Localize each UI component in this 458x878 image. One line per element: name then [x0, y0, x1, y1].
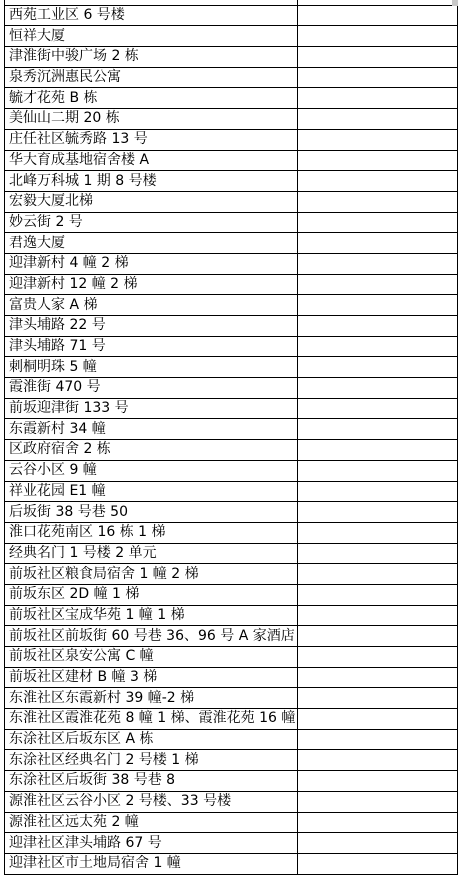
building-name-text: 后坂街 38 号巷 50 — [9, 504, 128, 520]
empty-cell[interactable] — [298, 253, 458, 274]
table-row: 前坂社区泉安公寓 C 幢 — [5, 647, 458, 668]
empty-cell[interactable] — [298, 460, 458, 481]
empty-cell[interactable] — [298, 357, 458, 378]
building-name-text: 淮口花苑南区 16 栋 1 梯 — [9, 524, 166, 540]
building-name-text: 津头埔路 22 号 — [9, 317, 106, 333]
building-name-cell[interactable]: 区政府宿舍 2 栋 — [5, 440, 298, 461]
building-name-text: 东涂社区经典名门 2 号楼 1 梯 — [9, 752, 199, 768]
table-row: 迎津社区津头埔路 67 号 — [5, 833, 458, 854]
empty-cell[interactable] — [298, 688, 458, 709]
empty-cell[interactable] — [298, 67, 458, 88]
building-name-text: 君逸大厦 — [9, 235, 65, 251]
table-row: 前坂社区粮食局宿舍 1 幢 2 梯 — [5, 564, 458, 585]
table-row: 津淮街中骏广场 2 栋 — [5, 47, 458, 68]
building-name-text: 东淮社区霞淮花苑 8 幢 1 梯、霞淮花苑 16 幢 — [9, 710, 295, 726]
building-name-cell[interactable]: 富贵人家 A 梯 — [5, 295, 298, 316]
building-name-cell[interactable]: 华大育成基地宿舍楼 A — [5, 150, 298, 171]
building-name-cell[interactable]: 恒祥大厦 — [5, 26, 298, 47]
building-name-cell[interactable]: 前坂东区 2D 幢 1 梯 — [5, 584, 298, 605]
empty-cell[interactable] — [298, 564, 458, 585]
table-row: 东涂社区经典名门 2 号楼 1 梯 — [5, 750, 458, 771]
building-name-text: 宏毅大厦北梯 — [9, 193, 93, 209]
table-row: 迎津新村 12 幢 2 梯 — [5, 274, 458, 295]
table-row: 恒祥大厦 — [5, 26, 458, 47]
building-name-cell[interactable]: 津淮街中骏广场 2 栋 — [5, 47, 298, 68]
table-container: 西苑工业区 6 号楼恒祥大厦津淮街中骏广场 2 栋泉秀沉洲惠民公寓毓才花苑 B … — [4, 0, 458, 875]
building-name-cell[interactable]: 东霞新村 34 幢 — [5, 419, 298, 440]
building-name-cell[interactable]: 东涂社区后坂街 38 号巷 8 — [5, 771, 298, 792]
building-name-cell[interactable]: 东涂社区经典名门 2 号楼 1 梯 — [5, 750, 298, 771]
table-corner-handle — [452, 0, 458, 6]
building-table: 西苑工业区 6 号楼恒祥大厦津淮街中骏广场 2 栋泉秀沉洲惠民公寓毓才花苑 B … — [4, 0, 458, 875]
building-name-text: 东淮社区东霞新村 39 幢-2 梯 — [9, 690, 194, 706]
table-row: 泉秀沉洲惠民公寓 — [5, 67, 458, 88]
building-name-text: 北峰万科城 1 期 8 号楼 — [9, 173, 157, 189]
table-row: 津头埔路 71 号 — [5, 336, 458, 357]
building-name-cell[interactable]: 祥业花园 E1 幢 — [5, 481, 298, 502]
building-name-text: 前坂社区粮食局宿舍 1 幢 2 梯 — [9, 566, 199, 582]
building-name-cell[interactable]: 迎津新村 4 幢 2 梯 — [5, 253, 298, 274]
table-row: 经典名门 1 号楼 2 单元 — [5, 543, 458, 564]
building-name-text: 毓才花苑 B 栋 — [9, 90, 98, 106]
empty-cell[interactable] — [298, 440, 458, 461]
empty-cell[interactable] — [298, 129, 458, 150]
table-row: 云谷小区 9 幢 — [5, 460, 458, 481]
building-name-cell[interactable]: 云谷小区 9 幢 — [5, 460, 298, 481]
table-row: 祥业花园 E1 幢 — [5, 481, 458, 502]
table-row: 西苑工业区 6 号楼 — [5, 5, 458, 26]
building-name-text: 恒祥大厦 — [9, 28, 65, 44]
table-row: 东涂社区后坂街 38 号巷 8 — [5, 771, 458, 792]
empty-cell[interactable] — [298, 812, 458, 833]
building-name-text: 前坂社区泉安公寓 C 幢 — [9, 648, 154, 664]
empty-cell[interactable] — [298, 150, 458, 171]
document-page: 西苑工业区 6 号楼恒祥大厦津淮街中骏广场 2 栋泉秀沉洲惠民公寓毓才花苑 B … — [0, 0, 458, 878]
building-name-cell[interactable]: 津头埔路 71 号 — [5, 336, 298, 357]
table-row: 前坂东区 2D 幢 1 梯 — [5, 584, 458, 605]
table-row: 前坂迎津街 133 号 — [5, 398, 458, 419]
empty-cell[interactable] — [298, 88, 458, 109]
building-name-cell[interactable]: 前坂社区粮食局宿舍 1 幢 2 梯 — [5, 564, 298, 585]
empty-cell[interactable] — [298, 522, 458, 543]
table-row: 东涂社区后坂东区 A 栋 — [5, 729, 458, 750]
building-name-cell[interactable]: 毓才花苑 B 栋 — [5, 88, 298, 109]
empty-cell[interactable] — [298, 833, 458, 854]
building-name-cell[interactable]: 源淮社区远太苑 2 幢 — [5, 812, 298, 833]
building-name-text: 经典名门 1 号楼 2 单元 — [9, 545, 157, 561]
empty-cell[interactable] — [298, 5, 458, 26]
table-row: 妙云街 2 号 — [5, 212, 458, 233]
building-name-text: 庄任社区毓秀路 13 号 — [9, 131, 148, 147]
building-name-text: 源淮社区云谷小区 2 号楼、33 号楼 — [9, 793, 231, 809]
building-name-cell[interactable]: 宏毅大厦北梯 — [5, 191, 298, 212]
table-row: 津头埔路 22 号 — [5, 316, 458, 337]
building-name-cell[interactable]: 迎津新村 12 幢 2 梯 — [5, 274, 298, 295]
building-name-text: 东涂社区后坂街 38 号巷 8 — [9, 772, 175, 788]
empty-cell[interactable] — [298, 336, 458, 357]
building-name-cell[interactable]: 迎津社区津头埔路 67 号 — [5, 833, 298, 854]
building-name-cell[interactable]: 淮口花苑南区 16 栋 1 梯 — [5, 522, 298, 543]
building-name-cell[interactable]: 东淮社区东霞新村 39 幢-2 梯 — [5, 688, 298, 709]
building-name-text: 津头埔路 71 号 — [9, 338, 106, 354]
building-name-cell[interactable]: 妙云街 2 号 — [5, 212, 298, 233]
empty-cell[interactable] — [298, 47, 458, 68]
table-row: 迎津社区市土地局宿舍 1 幢 — [5, 853, 458, 874]
table-row: 源淮社区云谷小区 2 号楼、33 号楼 — [5, 791, 458, 812]
table-row: 富贵人家 A 梯 — [5, 295, 458, 316]
empty-cell[interactable] — [298, 233, 458, 254]
building-name-cell[interactable]: 西苑工业区 6 号楼 — [5, 5, 298, 26]
building-name-text: 泉秀沉洲惠民公寓 — [9, 69, 121, 85]
empty-cell[interactable] — [298, 729, 458, 750]
building-name-text: 云谷小区 9 幢 — [9, 462, 97, 478]
empty-cell[interactable] — [298, 419, 458, 440]
table-row: 霞淮街 470 号 — [5, 378, 458, 399]
table-row: 北峰万科城 1 期 8 号楼 — [5, 171, 458, 192]
empty-cell[interactable] — [298, 378, 458, 399]
table-row: 前坂社区前坂街 60 号巷 36、96 号 A 家酒店 — [5, 626, 458, 647]
table-row: 东淮社区东霞新村 39 幢-2 梯 — [5, 688, 458, 709]
building-name-text: 津淮街中骏广场 2 栋 — [9, 48, 139, 64]
table-row: 美仙山二期 20 栋 — [5, 109, 458, 130]
building-name-text: 美仙山二期 20 栋 — [9, 110, 120, 126]
table-row: 华大育成基地宿舍楼 A — [5, 150, 458, 171]
building-name-text: 前坂社区宝成华苑 1 幢 1 梯 — [9, 607, 185, 623]
table-row: 前坂社区宝成华苑 1 幢 1 梯 — [5, 605, 458, 626]
building-table-body: 西苑工业区 6 号楼恒祥大厦津淮街中骏广场 2 栋泉秀沉洲惠民公寓毓才花苑 B … — [5, 0, 458, 874]
building-name-cell[interactable]: 源淮社区云谷小区 2 号楼、33 号楼 — [5, 791, 298, 812]
empty-cell[interactable] — [298, 667, 458, 688]
building-name-cell[interactable]: 前坂社区宝成华苑 1 幢 1 梯 — [5, 605, 298, 626]
building-name-cell[interactable]: 东涂社区后坂东区 A 栋 — [5, 729, 298, 750]
empty-cell[interactable] — [298, 212, 458, 233]
building-name-text: 前坂社区建材 B 幢 3 梯 — [9, 669, 157, 685]
empty-cell[interactable] — [298, 316, 458, 337]
table-row: 源淮社区远太苑 2 幢 — [5, 812, 458, 833]
building-name-text: 前坂社区前坂街 60 号巷 36、96 号 A 家酒店 — [9, 628, 295, 644]
building-name-text: 西苑工业区 6 号楼 — [9, 7, 125, 23]
building-name-cell[interactable]: 前坂社区前坂街 60 号巷 36、96 号 A 家酒店 — [5, 626, 298, 647]
empty-cell[interactable] — [298, 750, 458, 771]
empty-cell[interactable] — [298, 791, 458, 812]
empty-cell[interactable] — [298, 605, 458, 626]
building-name-cell[interactable]: 君逸大厦 — [5, 233, 298, 254]
building-name-cell[interactable]: 庄任社区毓秀路 13 号 — [5, 129, 298, 150]
table-row: 宏毅大厦北梯 — [5, 191, 458, 212]
table-row: 东淮社区霞淮花苑 8 幢 1 梯、霞淮花苑 16 幢 — [5, 709, 458, 730]
empty-cell[interactable] — [298, 502, 458, 523]
building-name-text: 前坂迎津街 133 号 — [9, 400, 129, 416]
building-name-cell[interactable]: 刺桐明珠 5 幢 — [5, 357, 298, 378]
empty-cell[interactable] — [298, 481, 458, 502]
building-name-cell[interactable]: 前坂社区泉安公寓 C 幢 — [5, 647, 298, 668]
building-name-text: 妙云街 2 号 — [9, 214, 83, 230]
building-name-text: 刺桐明珠 5 幢 — [9, 359, 97, 375]
table-row: 庄任社区毓秀路 13 号 — [5, 129, 458, 150]
table-row: 区政府宿舍 2 栋 — [5, 440, 458, 461]
building-name-text: 迎津新村 12 幢 2 梯 — [9, 276, 138, 292]
empty-cell[interactable] — [298, 191, 458, 212]
building-name-cell[interactable]: 北峰万科城 1 期 8 号楼 — [5, 171, 298, 192]
table-row: 毓才花苑 B 栋 — [5, 88, 458, 109]
empty-cell[interactable] — [298, 584, 458, 605]
building-name-cell[interactable]: 东淮社区霞淮花苑 8 幢 1 梯、霞淮花苑 16 幢 — [5, 709, 298, 730]
empty-cell[interactable] — [298, 853, 458, 874]
building-name-text: 迎津社区市土地局宿舍 1 幢 — [9, 855, 181, 871]
building-name-cell[interactable]: 泉秀沉洲惠民公寓 — [5, 67, 298, 88]
empty-cell[interactable] — [298, 109, 458, 130]
building-name-text: 华大育成基地宿舍楼 A — [9, 152, 149, 168]
building-name-cell[interactable]: 前坂迎津街 133 号 — [5, 398, 298, 419]
empty-cell[interactable] — [298, 26, 458, 47]
table-row: 后坂街 38 号巷 50 — [5, 502, 458, 523]
building-name-cell[interactable]: 迎津社区市土地局宿舍 1 幢 — [5, 853, 298, 874]
building-name-text: 东涂社区后坂东区 A 栋 — [9, 731, 153, 747]
building-name-text: 迎津社区津头埔路 67 号 — [9, 835, 162, 851]
empty-cell[interactable] — [298, 543, 458, 564]
empty-cell[interactable] — [298, 274, 458, 295]
empty-cell[interactable] — [298, 398, 458, 419]
empty-cell[interactable] — [298, 771, 458, 792]
building-name-cell[interactable]: 津头埔路 22 号 — [5, 316, 298, 337]
building-name-text: 迎津新村 4 幢 2 梯 — [9, 255, 129, 271]
building-name-cell[interactable]: 前坂社区建材 B 幢 3 梯 — [5, 667, 298, 688]
table-row: 淮口花苑南区 16 栋 1 梯 — [5, 522, 458, 543]
empty-cell[interactable] — [298, 171, 458, 192]
empty-cell[interactable] — [298, 626, 458, 647]
table-row: 君逸大厦 — [5, 233, 458, 254]
building-name-cell[interactable]: 经典名门 1 号楼 2 单元 — [5, 543, 298, 564]
table-row: 东霞新村 34 幢 — [5, 419, 458, 440]
building-name-cell[interactable]: 霞淮街 470 号 — [5, 378, 298, 399]
building-name-text: 前坂东区 2D 幢 1 梯 — [9, 586, 139, 602]
building-name-text: 霞淮街 470 号 — [9, 379, 101, 395]
empty-cell[interactable] — [298, 709, 458, 730]
building-name-cell[interactable]: 后坂街 38 号巷 50 — [5, 502, 298, 523]
building-name-text: 富贵人家 A 梯 — [9, 297, 97, 313]
table-row: 刺桐明珠 5 幢 — [5, 357, 458, 378]
building-name-text: 祥业花园 E1 幢 — [9, 483, 106, 499]
building-name-text: 东霞新村 34 幢 — [9, 421, 106, 437]
empty-cell[interactable] — [298, 647, 458, 668]
table-row: 前坂社区建材 B 幢 3 梯 — [5, 667, 458, 688]
building-name-text: 区政府宿舍 2 栋 — [9, 441, 111, 457]
building-name-text: 源淮社区远太苑 2 幢 — [9, 814, 139, 830]
building-name-cell[interactable]: 美仙山二期 20 栋 — [5, 109, 298, 130]
table-row: 迎津新村 4 幢 2 梯 — [5, 253, 458, 274]
empty-cell[interactable] — [298, 295, 458, 316]
